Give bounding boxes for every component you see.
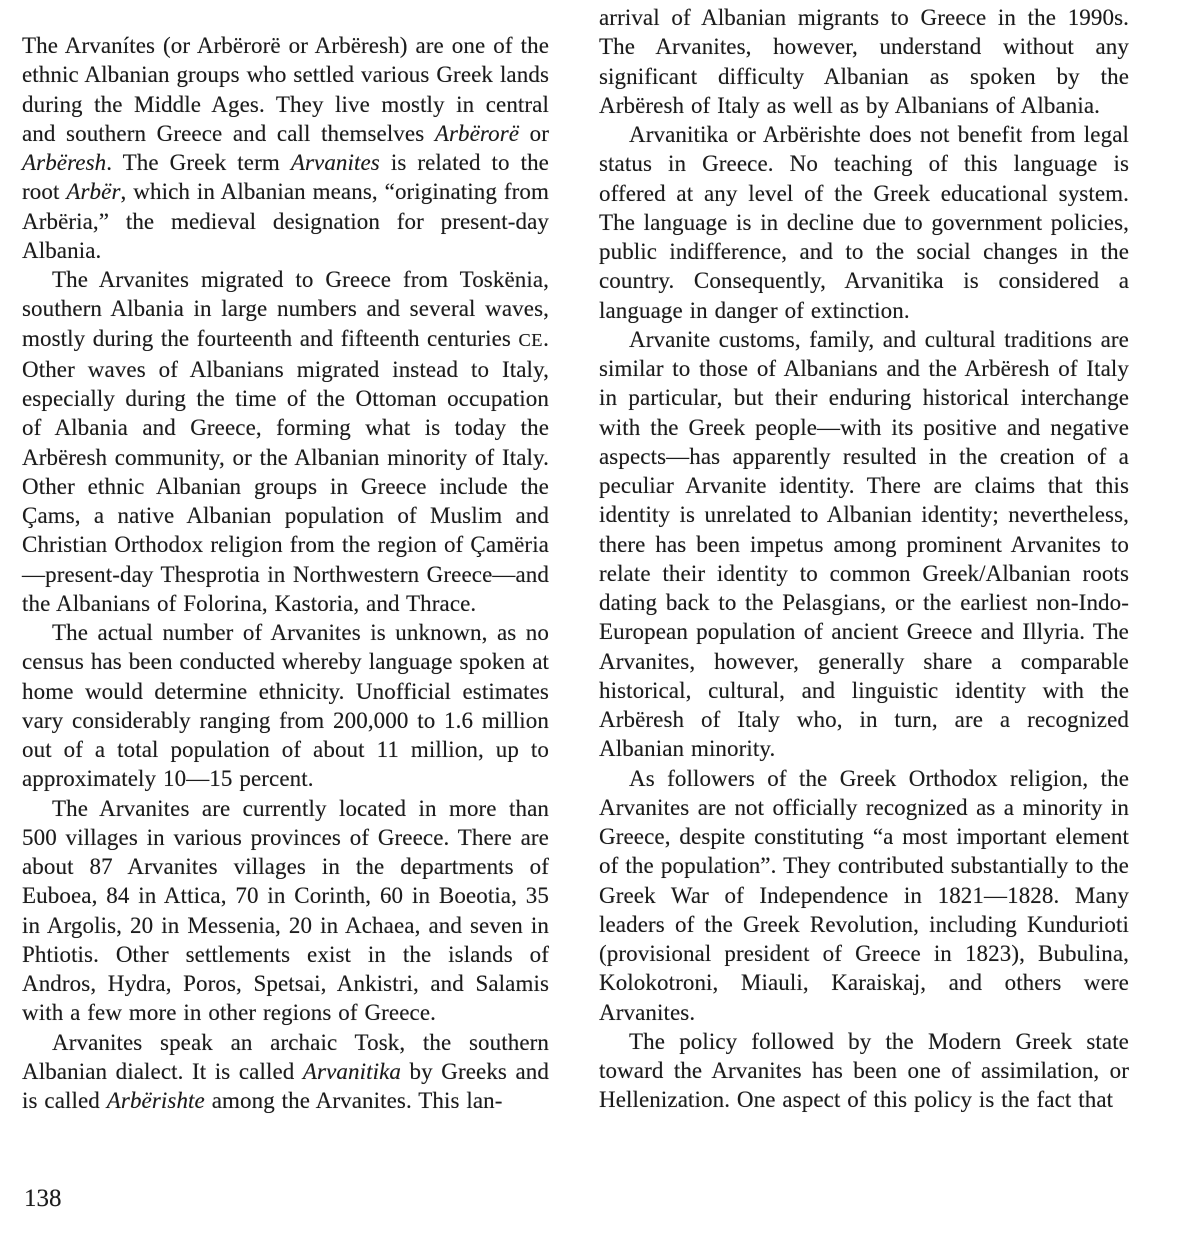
text-segment: Arvanites (291, 150, 380, 175)
text-segment: Arbërorë (435, 121, 519, 146)
paragraph: arrival of Albanian migrants to Greece i… (599, 3, 1129, 120)
text-segment: The Arvanites are currently located in m… (22, 796, 549, 1026)
page-number: 138 (24, 1184, 62, 1214)
text-segment: The Arvanites migrated to Greece from To… (22, 267, 549, 351)
text-segment: Arvanitika (303, 1059, 401, 1084)
text-segment: Arbërishte (107, 1088, 205, 1113)
paragraph: The actual number of Arvanites is unknow… (22, 618, 549, 794)
paragraph: The Arvanítes (or Arbërorë or Arbëresh) … (22, 31, 549, 265)
text-segment: Arbër (66, 179, 120, 204)
text-segment: or (519, 121, 549, 146)
text-segment: The actual number of Arvanites is unknow… (22, 620, 549, 791)
paragraph: As followers of the Greek Orthodox relig… (599, 764, 1129, 1027)
paragraph: Arvanites speak an archaic Tosk, the sou… (22, 1028, 549, 1116)
text-segment: Arbëresh (22, 150, 106, 175)
text-segment: The policy followed by the Modern Greek … (599, 1029, 1129, 1113)
text-segment: CE (518, 330, 543, 350)
text-segment: . Other waves of Albanians migrated inst… (22, 326, 549, 616)
text-segment: Arvanitika or Arbërishte does not benefi… (599, 122, 1129, 323)
paragraph: The Arvanites migrated to Greece from To… (22, 265, 549, 618)
text-segment: among the Arvanites. This lan- (205, 1088, 503, 1113)
paragraph: The Arvanites are currently located in m… (22, 794, 549, 1028)
left-text-column: The Arvanítes (or Arbërorë or Arbëresh) … (22, 31, 549, 1115)
text-segment: As followers of the Greek Orthodox relig… (599, 766, 1129, 1025)
paragraph: The policy followed by the Modern Greek … (599, 1027, 1129, 1115)
text-segment: Arvanite customs, family, and cultural t… (599, 327, 1129, 762)
document-page: The Arvanítes (or Arbërorë or Arbëresh) … (0, 0, 1200, 1243)
right-text-column: arrival of Albanian migrants to Greece i… (599, 3, 1129, 1115)
paragraph: Arvanite customs, family, and cultural t… (599, 325, 1129, 764)
text-segment: . The Greek term (106, 150, 291, 175)
paragraph: Arvanitika or Arbërishte does not benefi… (599, 120, 1129, 325)
text-segment: arrival of Albanian migrants to Greece i… (599, 5, 1129, 118)
